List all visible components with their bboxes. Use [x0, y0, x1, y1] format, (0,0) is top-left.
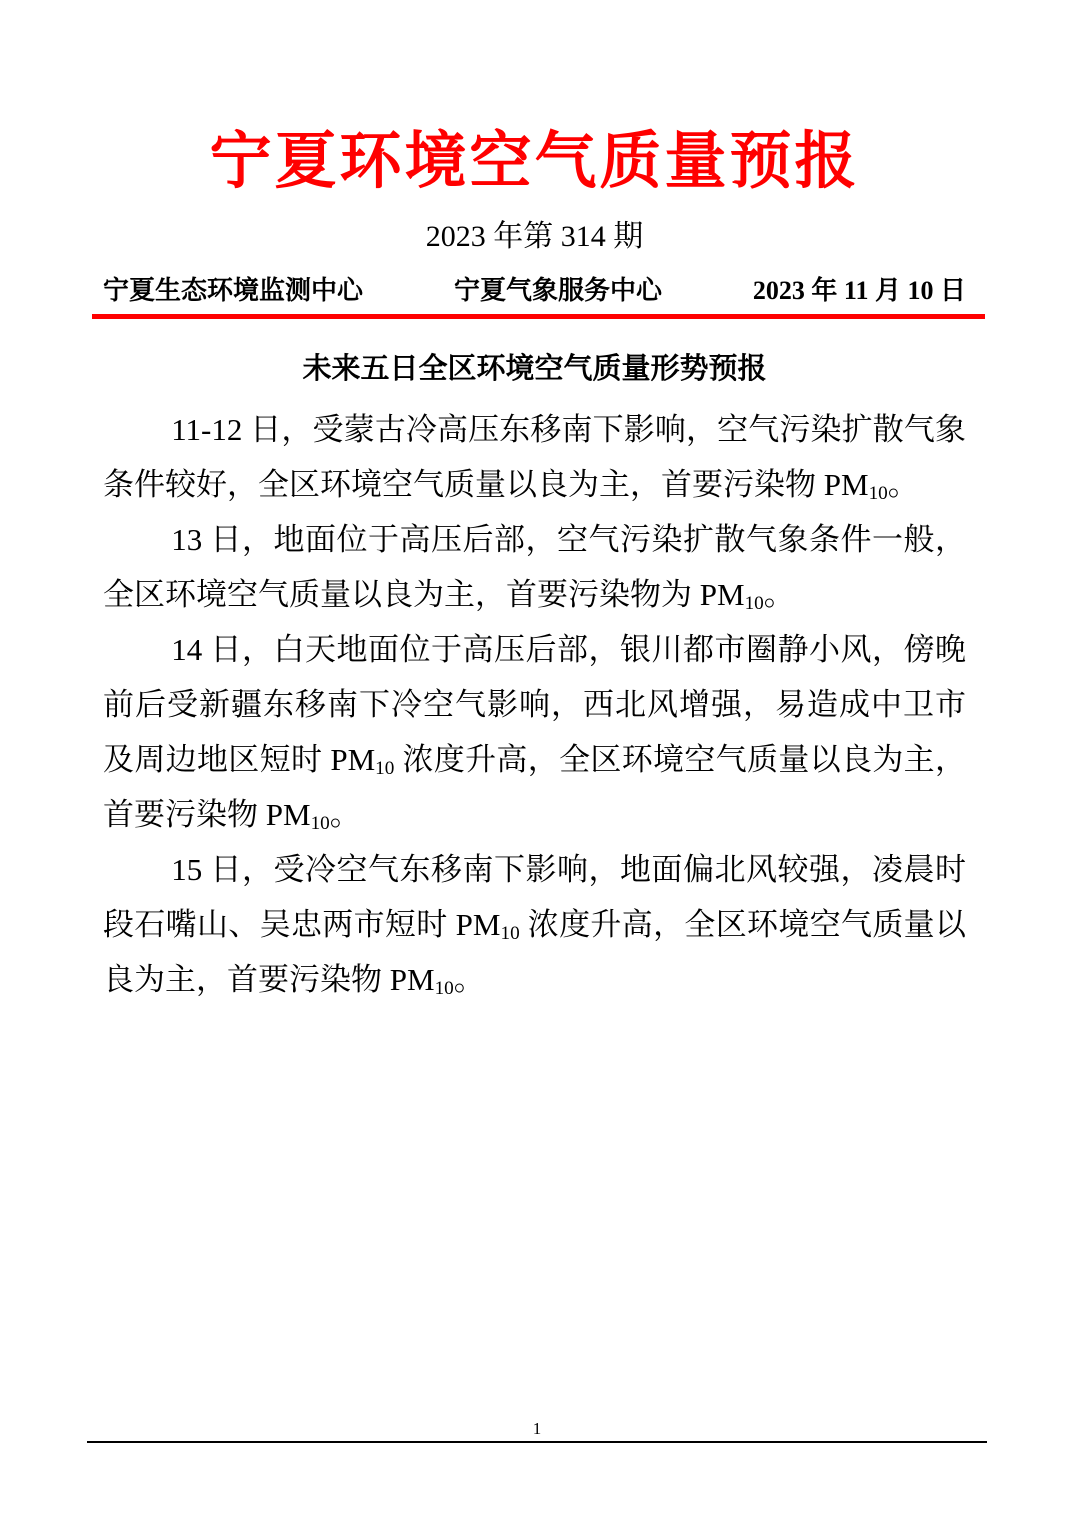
paragraph-text: 。 [764, 577, 795, 612]
footer-divider-rule [87, 1441, 987, 1443]
header-divider-rule [92, 314, 985, 319]
issue-number: 2023 年第 314 期 [103, 217, 966, 257]
pm-subscript: 10 [375, 758, 394, 779]
pm-subscript: 10 [500, 923, 519, 944]
body-paragraph: 15 日，受冷空气东移南下影响，地面偏北风较强，凌晨时段石嘴山、吴忠两市短时 P… [103, 842, 966, 1007]
pm-subscript: 10 [869, 483, 888, 504]
section-title: 未来五日全区环境空气质量形势预报 [103, 350, 966, 388]
paragraph-text: 13 日，地面位于高压后部，空气污染扩散气象条件一般，全区环境空气质量以良为主，… [103, 522, 966, 612]
page-number: 1 [533, 1419, 542, 1439]
paragraph-text: 。 [888, 467, 919, 502]
paragraph-text: 。 [454, 962, 485, 997]
body-paragraph: 11-12 日，受蒙古冷高压东移南下影响，空气污染扩散气象条件较好，全区环境空气… [103, 402, 966, 512]
document-page: 宁夏环境空气质量预报 2023 年第 314 期 宁夏生态环境监测中心 宁夏气象… [103, 0, 966, 1007]
paragraph-text: 11-12 日，受蒙古冷高压东移南下影响，空气污染扩散气象条件较好，全区环境空气… [103, 412, 966, 502]
body-paragraph: 13 日，地面位于高压后部，空气污染扩散气象条件一般，全区环境空气质量以良为主，… [103, 512, 966, 622]
issue-date: 2023 年 11 月 10 日 [753, 275, 966, 307]
body-paragraph: 14 日，白天地面位于高压后部，银川都市圈静小风，傍晚前后受新疆东移南下冷空气影… [103, 622, 966, 842]
header-org-row: 宁夏生态环境监测中心 宁夏气象服务中心 2023 年 11 月 10 日 [103, 275, 966, 307]
org-monitoring-center: 宁夏生态环境监测中心 [103, 275, 363, 307]
pm-subscript: 10 [435, 978, 454, 999]
paragraph-text: 。 [330, 797, 361, 832]
pm-subscript: 10 [745, 593, 764, 614]
document-canvas: { "header": { "title": "宁夏环境空气质量预报", "ti… [0, 0, 1074, 1520]
body-paragraphs: 11-12 日，受蒙古冷高压东移南下影响，空气污染扩散气象条件较好，全区环境空气… [103, 402, 966, 1007]
page-footer: 1 [0, 1419, 1074, 1443]
org-weather-service-center: 宁夏气象服务中心 [454, 275, 662, 307]
pm-subscript: 10 [311, 813, 330, 834]
document-title: 宁夏环境空气质量预报 [103, 122, 966, 203]
